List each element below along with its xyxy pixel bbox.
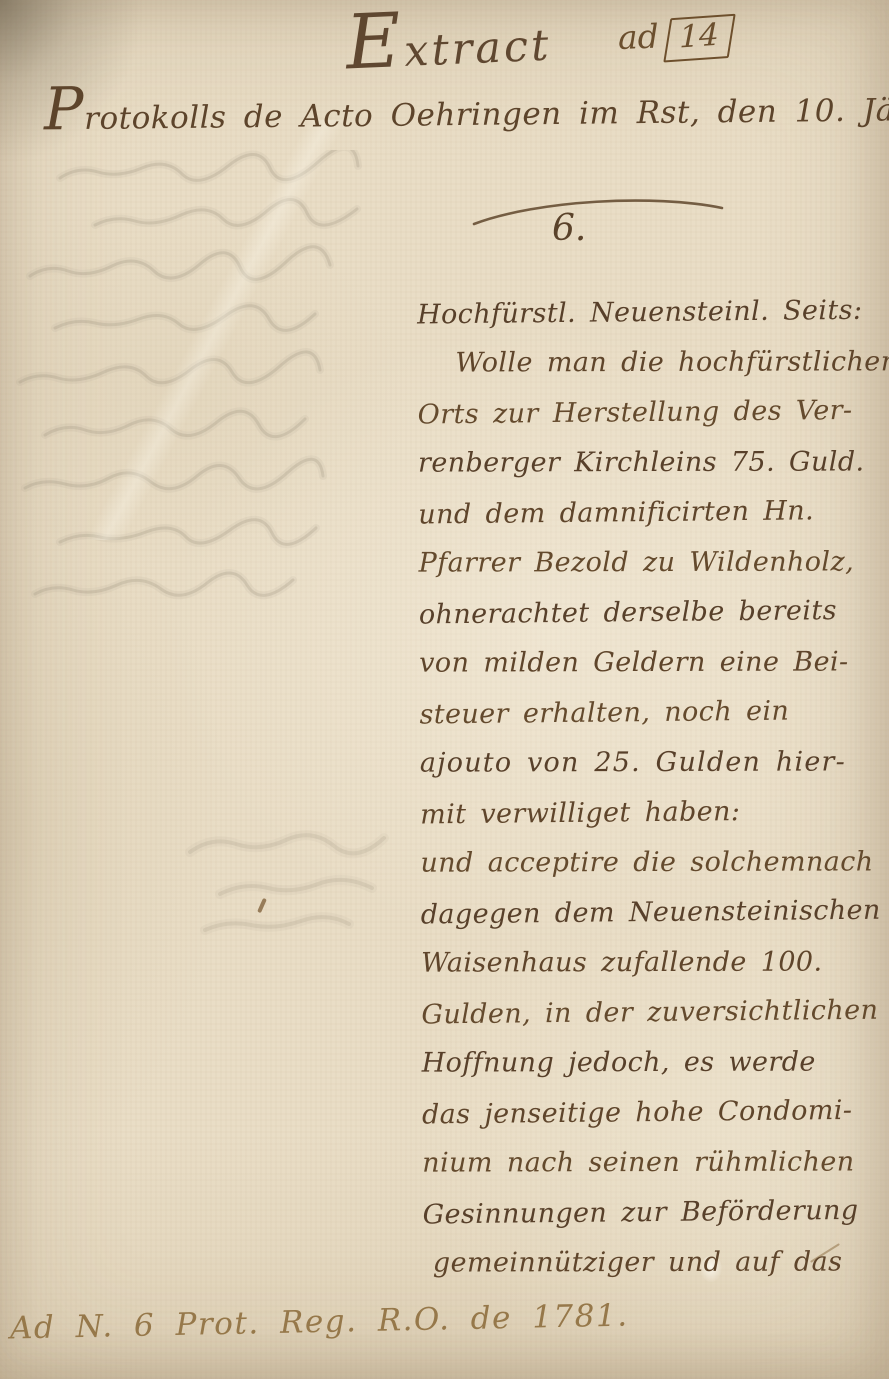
bleedthrough-text-ghost-upper — [0, 150, 432, 620]
body-text: Hochfürstl. Neuensteinl. Seits: Wolle ma… — [417, 287, 889, 1290]
manuscript-line: Gulden, in der zuversichtlichen — [421, 986, 889, 1041]
filing-annotation: ad14 — [617, 14, 733, 63]
manuscript-line: gemeinnütziger und auf das — [433, 1237, 889, 1288]
ink-speck — [257, 898, 267, 913]
manuscript-line: das jenseitige hohe Condomi- — [422, 1086, 889, 1141]
section-flourish — [468, 192, 730, 230]
document-title: Extract — [345, 6, 553, 80]
manuscript-line: renberger Kirchleins 75. Guld. — [418, 437, 886, 488]
manuscript-line: Wolle man die hochfürstlichen — [455, 337, 885, 388]
manuscript-line: und acceptire die solchemnach — [420, 837, 888, 888]
annotation-prefix: ad — [617, 17, 659, 57]
manuscript-line: dagegen dem Neuensteinischen — [421, 886, 889, 941]
manuscript-line: nium nach seinen rühmlichen — [422, 1137, 889, 1188]
manuscript-line: ajouto von 25. Gulden hier- — [420, 737, 888, 788]
manuscript-line: mit verwilliget haben: — [420, 786, 888, 841]
manuscript-line: Waisenhaus zufallende 100. — [421, 937, 889, 988]
manuscript-line: Pfarrer Bezold zu Wildenholz, — [419, 537, 887, 588]
annotation-number: 14 — [679, 17, 719, 56]
manuscript-line: steuer erhalten, noch ein — [419, 686, 887, 741]
bleedthrough-text-ghost-middle — [150, 822, 410, 962]
manuscript-line: Orts zur Herstellung des Ver- — [417, 386, 885, 441]
manuscript-page: Extract ad14 Protokolls de Acto Oehringe… — [0, 0, 889, 1379]
manuscript-line: Hoffnung jedoch, es werde — [422, 1037, 889, 1088]
manuscript-line: ohnerachtet derselbe bereits — [419, 586, 887, 641]
annotation-number-box: 14 — [663, 14, 736, 63]
manuscript-line: von milden Geldern eine Bei- — [419, 637, 887, 688]
manuscript-line: und dem damnificirten Hn. — [418, 486, 886, 541]
dateline-text: Protokolls de Acto Oehringen im Rst, den… — [44, 92, 889, 138]
manuscript-line: Gesinnungen zur Beförderung — [422, 1186, 889, 1241]
manuscript-line: Hochfürstl. Neuensteinl. Seits: — [417, 286, 885, 341]
section-number: 6. — [552, 208, 586, 249]
protocol-dateline: Protokolls de Acto Oehringen im Rst, den… — [44, 80, 874, 141]
archival-reference: Ad N. 6 Prot. Reg. R.O. de 1781. — [10, 1298, 629, 1347]
